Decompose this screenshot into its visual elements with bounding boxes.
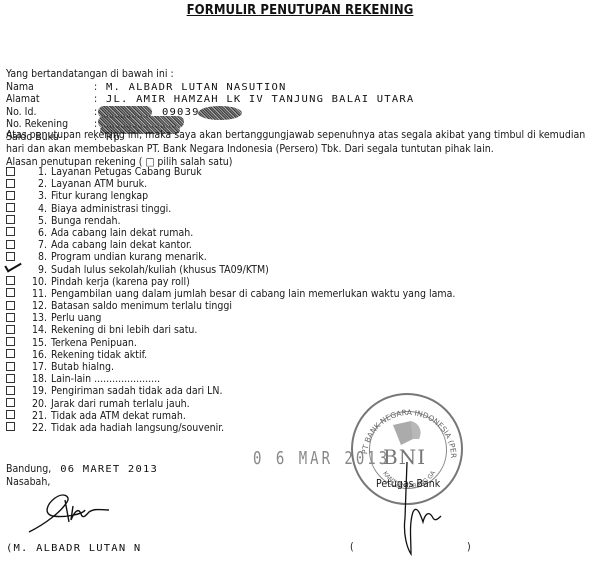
reason-text: Bunga rendah. [51,215,120,227]
checkbox[interactable] [6,203,15,212]
reason-item: 7.Ada cabang lain dekat kantor. [6,239,455,251]
reason-text: Jarak dari rumah terlalu jauh. [51,398,190,410]
reason-number: 16. [27,349,47,361]
reason-text: Pindah kerja (karena pay roll) [51,276,190,288]
field-label: No. Id. [6,106,94,118]
place-date: Bandung, 06 MARET 2013 [6,463,158,475]
reason-item: 18.Lain-lain ...................... [6,373,455,385]
reason-text: Layanan Petugas Cabang Buruk [51,166,202,178]
reason-item: 11.Pengambilan uang dalam jumlah besar d… [6,288,455,300]
reason-number: 14. [27,324,47,336]
checkbox[interactable] [6,398,15,407]
reason-text: Program undian kurang menarik. [51,251,207,263]
reason-number: 9. [27,264,47,276]
reason-item: 12.Batasan saldo menimum terlalu tinggi [6,300,455,312]
place: Bandung, [6,463,51,475]
checkbox[interactable] [6,362,15,371]
reason-text: Sudah lulus sekolah/kuliah (khusus TA09/… [51,264,269,276]
reason-text: Terkena Penipuan. [51,337,137,349]
reason-number: 11. [27,288,47,300]
field-value-nama: M. ALBADR LUTAN NASUTION [106,81,287,93]
colon: : [94,81,106,93]
reason-number: 15. [27,337,47,349]
reason-item: 10.Pindah kerja (karena pay roll) [6,276,455,288]
field-label: Nama [6,81,94,93]
field-alamat: Alamat:JL. AMIR HAMZAH LK IV TANJUNG BAL… [6,93,414,105]
reason-number: 10. [27,276,47,288]
reason-item: 15.Terkena Penipuan. [6,337,455,349]
intro-text: Yang bertandatangan di bawah ini : [6,68,174,80]
customer-label: Nasabah, [6,476,50,488]
reason-item: 3.Fitur kurang lengkap [6,190,455,202]
checkbox[interactable] [6,215,15,224]
reason-number: 19. [27,385,47,397]
checkbox[interactable] [6,191,15,200]
reason-text: Ada cabang lain dekat kantor. [51,239,192,251]
checkbox[interactable] [6,410,15,419]
reason-item: 6.Ada cabang lain dekat rumah. [6,227,455,239]
checkbox[interactable] [6,422,15,431]
checkbox[interactable] [6,252,15,261]
colon: : [94,93,106,105]
reason-text: Rekening tidak aktif. [51,349,147,361]
reason-text: Layanan ATM buruk. [51,178,147,190]
checkbox[interactable] [6,240,15,249]
reason-number: 3. [27,190,47,202]
reason-item: 2.Layanan ATM buruk. [6,178,455,190]
reason-number: 18. [27,373,47,385]
reason-number: 7. [27,239,47,251]
reason-text: Pengambilan uang dalam jumlah besar di c… [51,288,455,300]
checkbox[interactable] [6,374,15,383]
reason-number: 21. [27,410,47,422]
checkbox[interactable] [6,301,15,310]
officer-signature [395,458,445,558]
reason-item: 17.Butab hialng. [6,361,455,373]
reason-number: 6. [27,227,47,239]
reason-number: 5. [27,215,47,227]
reason-item: 9.Sudah lulus sekolah/kuliah (khusus TA0… [6,264,455,276]
reason-number: 2. [27,178,47,190]
checkbox[interactable] [6,288,15,297]
reason-number: 8. [27,251,47,263]
reason-item: 1.Layanan Petugas Cabang Buruk [6,166,455,178]
reason-text: Fitur kurang lengkap [51,190,148,202]
reason-text: Ada cabang lain dekat rumah. [51,227,193,239]
checkbox[interactable] [6,337,15,346]
reason-item: 8.Program undian kurang menarik. [6,251,455,263]
reason-text: Butab hialng. [51,361,114,373]
reason-number: 13. [27,312,47,324]
reason-number: 17. [27,361,47,373]
checkbox[interactable] [6,179,15,188]
reason-number: 12. [27,300,47,312]
reason-text: Batasan saldo menimum terlalu tinggi [51,300,232,312]
reason-text: Tidak ada hadiah langsung/souvenir. [51,422,224,434]
checkbox-checked[interactable] [6,264,15,273]
redaction-mark [198,106,242,120]
handwritten-date: 06 MARET 2013 [60,463,158,474]
checkbox[interactable] [6,167,15,176]
reason-item: 5.Bunga rendah. [6,215,455,227]
checkbox[interactable] [6,325,15,334]
statement-paragraph: Atas penutupan rekening ini, maka saya a… [6,128,596,156]
customer-signature [25,488,115,538]
checkbox[interactable] [6,227,15,236]
reason-item: 14.Rekening di bni lebih dari satu. [6,324,455,336]
reason-number: 22. [27,422,47,434]
checkbox[interactable] [6,313,15,322]
officer-name-open: ( [350,541,354,553]
reason-text: Biaya administrasi tinggi. [51,203,171,215]
officer-name-close: ) [467,541,471,553]
checkbox[interactable] [6,349,15,358]
reason-text: Lain-lain ...................... [51,373,160,385]
checkbox[interactable] [6,276,15,285]
reason-text: Rekening di bni lebih dari satu. [51,324,197,336]
field-value-alamat: JL. AMIR HAMZAH LK IV TANJUNG BALAI UTAR… [106,94,414,106]
checkbox[interactable] [6,386,15,395]
reason-item: 16.Rekening tidak aktif. [6,349,455,361]
reason-text: Tidak ada ATM dekat rumah. [51,410,186,422]
reason-item: 4.Biaya administrasi tinggi. [6,203,455,215]
customer-signed-name: (M. ALBADR LUTAN N [6,542,141,553]
reason-list: 1.Layanan Petugas Cabang Buruk2.Layanan … [6,166,455,434]
reason-item: 13.Perlu uang [6,312,455,324]
reason-number: 4. [27,203,47,215]
reason-number: 20. [27,398,47,410]
field-nama: Nama:M. ALBADR LUTAN NASUTION [6,81,414,93]
form-title: FORMULIR PENUTUPAN REKENING [0,3,600,18]
reason-text: Perlu uang [51,312,101,324]
field-label: Alamat [6,93,94,105]
reason-number: 1. [27,166,47,178]
reason-text: Pengiriman sadah tidak ada dari LN. [51,385,223,397]
